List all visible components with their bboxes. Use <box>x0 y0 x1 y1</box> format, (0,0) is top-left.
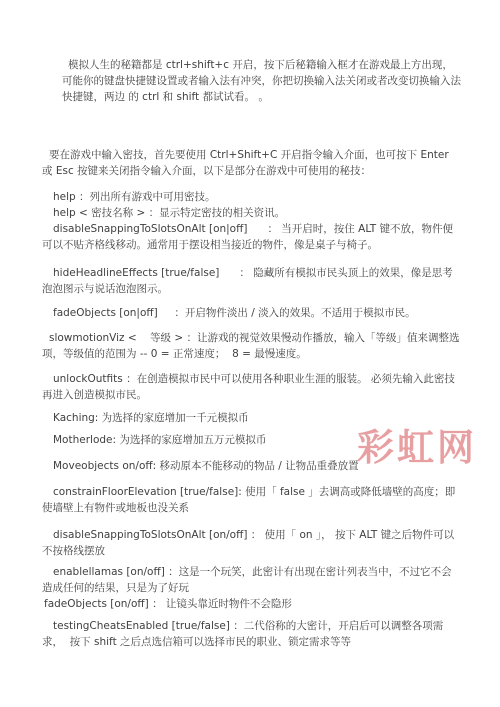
cheat-moveobjects: Moveobjects on/off: 移动原本不能移动的物品 / 让物品重叠放… <box>42 458 462 474</box>
document-body: 模拟人生的秘籍都是 ctrl+shift+c 开启，按下后秘籍输入框才在游戏最上… <box>0 0 500 650</box>
cheat-testingcheatsenabled: testingCheatsEnabled [true/false] ：二代俗称的… <box>42 618 462 650</box>
input-instructions-paragraph: 要在游戏中输入密技，首先要使用 Ctrl+Shift+C 开启指令输入介面，也可… <box>42 147 462 179</box>
cheat-help: help ：列出所有游戏中可用密技。 <box>42 189 462 205</box>
document-page: 模拟人生的秘籍都是 ctrl+shift+c 开启，按下后秘籍输入框才在游戏最上… <box>0 0 500 707</box>
cheat-disablesnapping-2: disableSnappingToSlotsOnAlt [on/off] ： 使… <box>42 527 462 559</box>
cheat-kaching: Kaching: 为选择的家庭增加一千元模拟币 <box>42 410 462 426</box>
cheat-fadeobjects-2: fadeObjects [on/off] ： 让镜头靠近时物件不会隐形 <box>42 596 462 612</box>
cheat-fadeobjects: fadeObjects [on|off] ：开启物件淡出 / 淡入的效果。不适用… <box>42 305 462 321</box>
cheat-hideheadlineeffects: hideHeadlineEffects [true/false] ： 隐藏所有模… <box>42 265 462 297</box>
cheat-slowmotionviz: slowmotionViz < 等级 > ：让游戏的视觉效果慢动作播放，输入「等… <box>42 330 462 362</box>
cheat-motherlode: Motherlode: 为选择的家庭增加五万元模拟币 <box>42 432 462 448</box>
cheat-enablellamas: enablellamas [on/off] ：这是一个玩笑，此密计有出现在密计列… <box>42 564 462 596</box>
cheat-disablesnapping: disableSnappingToSlotsOnAlt [on|off] ： 当… <box>42 221 462 253</box>
cheat-help-name: help < 密技名称 > ：显示特定密技的相关资讯。 <box>42 205 462 221</box>
cheat-constrainfloorelevation: constrainFloorElevation [true/false]: 使用… <box>42 484 462 516</box>
intro-paragraph: 模拟人生的秘籍都是 ctrl+shift+c 开启，按下后秘籍输入框才在游戏最上… <box>62 57 462 105</box>
cheat-unlockoutfits: unlockOutfits ：在创造模拟市民中可以使用各种职业生涯的服装。 必须… <box>42 371 462 403</box>
